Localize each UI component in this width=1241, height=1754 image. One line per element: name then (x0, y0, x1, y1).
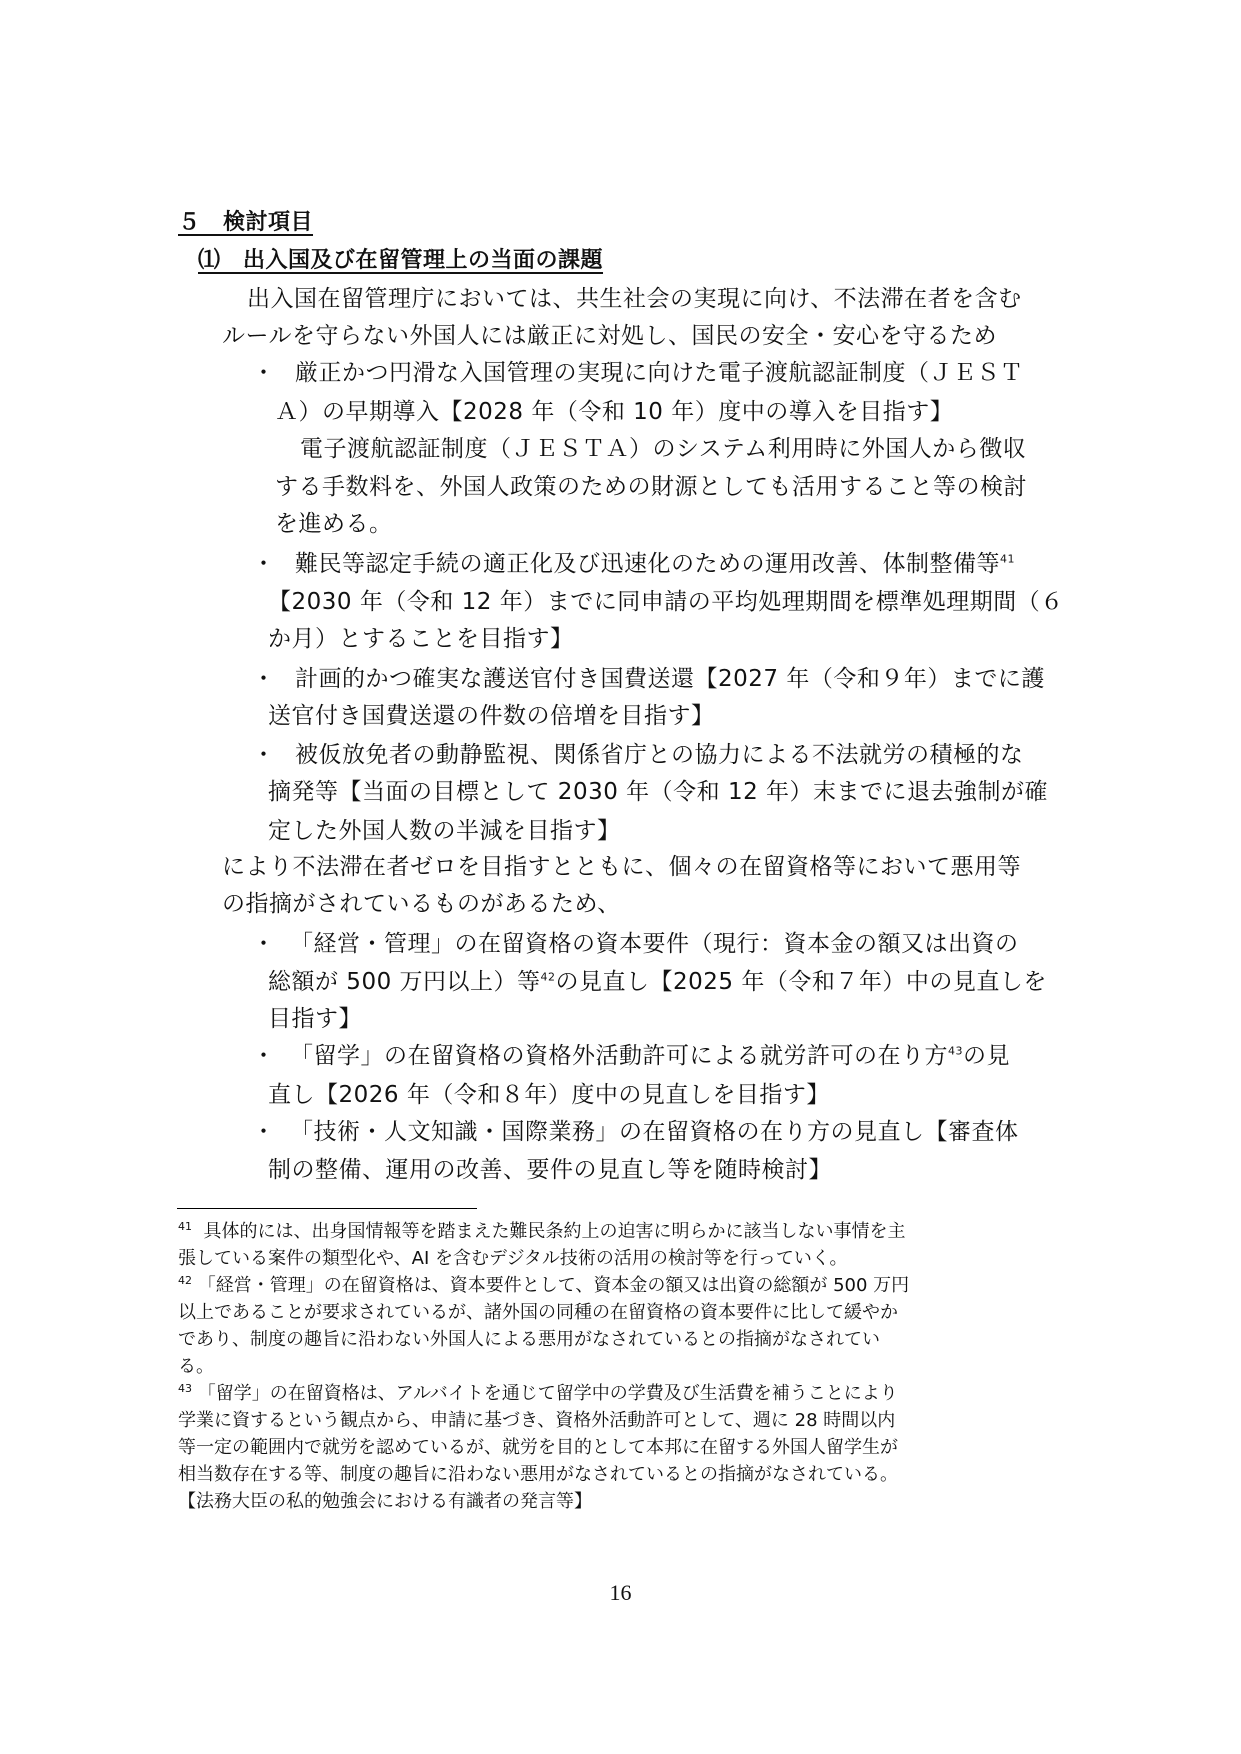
bullet-business-line-1: 「経営・管理」の在留資格の資本要件（現行：資本金の額又は出資の (290, 929, 1019, 959)
bullet-refugee-line-3: か月）とすることを目指す】 (268, 624, 574, 654)
bullet-business-text-a: 総額が 500 万円以上）等 (268, 969, 541, 995)
footnote-42-line-2: 以上であることが要求されているが、諸外国の同種の在留資格の資本要件に比して緩やか (178, 1301, 898, 1325)
bullet-marker: ・ (252, 664, 275, 694)
footnote-number: 43 (178, 1382, 192, 1395)
footnote-ref-42[interactable]: 42 (541, 970, 556, 983)
footnote-text: 具体的には、出身国情報等を踏まえた難民条約上の迫害に明らかに該当しない事情を主 (203, 1221, 905, 1242)
bullet-deportation-line-2: 送官付き国費送還の件数の倍増を目指す】 (268, 701, 715, 731)
footnote-ref-43[interactable]: 43 (948, 1044, 963, 1057)
bullet-business-line-2: 総額が 500 万円以上）等42の見直し【2025 年（令和７年）中の見直しを (268, 967, 1047, 997)
footnote-43-line-2: 学業に資するという観点から、申請に基づき、資格外活動許可として、週に 28 時間… (178, 1409, 895, 1433)
jesta-sub-line-2: する手数料を、外国人政策のための財源としても活用すること等の検討 (275, 472, 1027, 502)
footnote-text: 「経営・管理」の在留資格は、資本要件として、資本金の額又は出資の総額が 500 … (198, 1275, 909, 1296)
footnote-42-line-4: る。 (178, 1355, 214, 1379)
footnote-41-line-1: 41 具体的には、出身国情報等を踏まえた難民条約上の迫害に明らかに該当しない事情… (178, 1220, 905, 1244)
footnote-43-line-1: 43 「留学」の在留資格は、アルバイトを通じて留学中の学費及び生活費を補うことに… (178, 1382, 898, 1406)
bullet-refugee-line-1: 難民等認定手続の適正化及び迅速化のための運用改善、体制整備等41 (295, 549, 1015, 579)
footnote-text: 「留学」の在留資格は、アルバイトを通じて留学中の学費及び生活費を補うことにより (198, 1383, 898, 1404)
intro-line-1: 出入国在留管理庁においては、共生社会の実現に向け、不法滞在者を含む (247, 284, 1022, 314)
bullet-monitoring-line-1: 被仮放免者の動静監視、関係省庁との協力による不法就労の積極的な (295, 740, 1024, 770)
footnote-43-line-5: 【法務大臣の私的勉強会における有識者の発言等】 (178, 1490, 592, 1514)
bullet-marker: ・ (252, 1117, 275, 1147)
section-heading: ５ 検討項目 (178, 208, 313, 238)
footnote-separator (177, 1208, 477, 1209)
footnote-43-line-4: 相当数存在する等、制度の趣旨に沿わない悪用がなされているとの指摘がなされている。 (178, 1463, 898, 1487)
footnote-42-line-3: であり、制度の趣旨に沿わない外国人による悪用がなされているとの指摘がなされてい (178, 1328, 880, 1352)
footnote-number: 41 (178, 1220, 192, 1233)
middle-line-2: の指摘がされているものがあるため、 (222, 889, 621, 919)
subsection-heading: ⑴ 出入国及び在留管理上の当面の課題 (198, 246, 603, 276)
footnote-41-line-2: 張している案件の類型化や、AI を含むデジタル技術の活用の検討等を行っていく。 (178, 1247, 848, 1271)
bullet-marker: ・ (252, 1041, 275, 1071)
footnote-42-line-1: 42 「経営・管理」の在留資格は、資本要件として、資本金の額又は出資の総額が 5… (178, 1274, 909, 1298)
bullet-engineer-line-2: 制の整備、運用の改善、要件の見直し等を随時検討】 (268, 1155, 832, 1185)
bullet-refugee-line-2: 【2030 年（令和 12 年）までに同申請の平均処理期間を標準処理期間（６ (268, 587, 1064, 617)
bullet-deportation-line-1: 計画的かつ確実な護送官付き国費送還【2027 年（令和９年）までに護 (295, 664, 1045, 694)
bullet-marker: ・ (252, 740, 275, 770)
footnote-ref-41[interactable]: 41 (1000, 552, 1015, 565)
bullet-business-line-3: 目指す】 (268, 1004, 362, 1034)
bullet-monitoring-line-2: 摘発等【当面の目標として 2030 年（令和 12 年）末までに退去強制が確 (268, 777, 1048, 807)
bullet-student-line-1: 「留学」の在留資格の資格外活動許可による就労許可の在り方43の見 (290, 1041, 1010, 1071)
bullet-student-line-2: 直し【2026 年（令和８年）度中の見直しを目指す】 (268, 1080, 830, 1110)
bullet-marker: ・ (252, 358, 275, 388)
bullet-jesta-line-2: Ａ）の早期導入【2028 年（令和 10 年）度中の導入を目指す】 (275, 397, 953, 427)
bullet-student-text-a: 「留学」の在留資格の資格外活動許可による就労許可の在り方 (290, 1043, 948, 1069)
jesta-sub-line-1: 電子渡航認証制度（ＪＥＳＴＡ）のシステム利用時に外国人から徴収 (300, 434, 1026, 464)
jesta-sub-line-3: を進める。 (275, 509, 393, 539)
page-number: 16 (0, 1580, 1241, 1606)
bullet-student-text-b: の見 (963, 1043, 1010, 1069)
bullet-refugee-text: 難民等認定手続の適正化及び迅速化のための運用改善、体制整備等 (295, 551, 1000, 577)
middle-line-1: により不法滞在者ゼロを目指すとともに、個々の在留資格等において悪用等 (222, 852, 1021, 882)
bullet-marker: ・ (252, 929, 275, 959)
intro-line-2: ルールを守らない外国人には厳正に対処し、国民の安全・安心を守るため (222, 321, 997, 351)
bullet-business-text-b: の見直し【2025 年（令和７年）中の見直しを (556, 969, 1047, 995)
bullet-engineer-line-1: 「技術・人文知識・国際業務」の在留資格の在り方の見直し【審査体 (290, 1117, 1019, 1147)
footnote-43-line-3: 等一定の範囲内で就労を認めているが、就労を目的として本邦に在留する外国人留学生が (178, 1436, 898, 1460)
document-page: ５ 検討項目 ⑴ 出入国及び在留管理上の当面の課題 出入国在留管理庁においては、… (0, 0, 1241, 1754)
bullet-marker: ・ (252, 549, 275, 579)
bullet-monitoring-line-3: 定した外国人数の半減を目指す】 (268, 816, 621, 846)
footnote-number: 42 (178, 1274, 192, 1287)
bullet-jesta-line-1: 厳正かつ円滑な入国管理の実現に向けた電子渡航認証制度（ＪＥＳＴ (295, 358, 1024, 388)
